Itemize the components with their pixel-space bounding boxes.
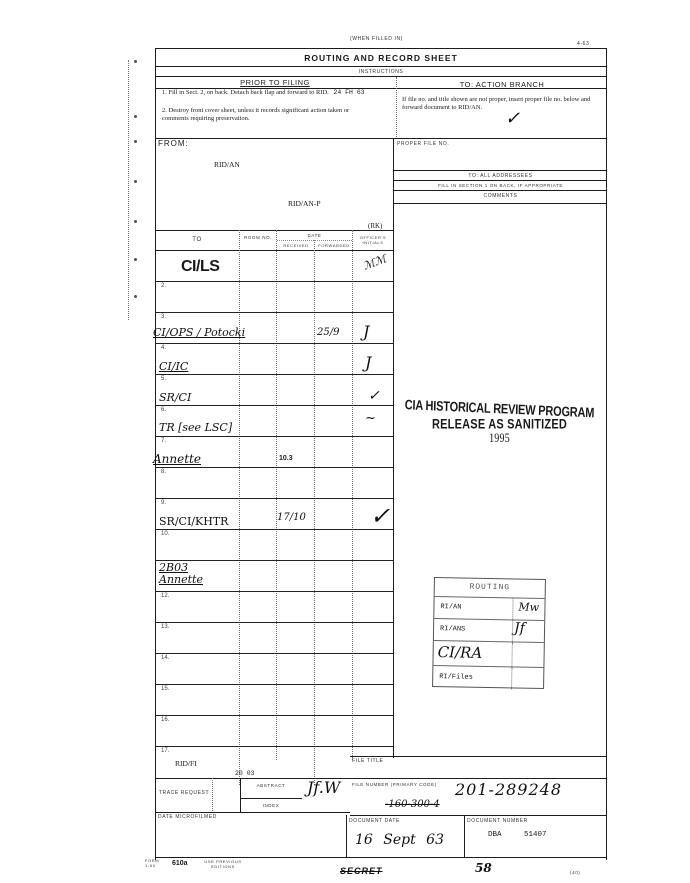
use-previous-editions: USE PREVIOUS EDITIONS [200, 859, 246, 869]
prior-to-filing-label: PRIOR TO FILING [155, 78, 395, 87]
comments-label: COMMENTS [394, 193, 607, 199]
routing-stamp-row: CI/RA [433, 641, 543, 668]
table-row[interactable]: 4. CI/IC J [155, 343, 394, 375]
row-initials: J [365, 353, 371, 372]
divider [394, 170, 607, 171]
table-row[interactable]: 8. [155, 467, 394, 499]
stamp-col [512, 620, 513, 641]
divider [155, 76, 607, 77]
row-initials: ✓ [368, 388, 380, 404]
row-number: 7. [161, 438, 166, 444]
row-number: 16. [161, 717, 169, 723]
row-room: 20 03 [235, 770, 255, 777]
col-date-header: DATE [277, 233, 352, 238]
routing-stamp-label: CI/RA [438, 643, 483, 662]
row-number: 4. [161, 345, 166, 351]
margin-dotted-line [128, 60, 129, 320]
table-row[interactable]: 2. [155, 281, 394, 313]
row-to: CI/LS [181, 258, 219, 276]
table-row[interactable]: 9. SR/CI/KHTR 17/10 ✓ [155, 498, 394, 530]
index-label[interactable]: INDEX [242, 803, 300, 808]
row-initials-scribble: ℳℳ [361, 252, 388, 272]
row-number: 2. [161, 283, 166, 289]
to-all-addressees: TO: ALL ADDRESSEES [394, 173, 607, 179]
stamp-col [511, 642, 512, 666]
routing-stamp-label: RI/Files [439, 673, 473, 682]
form-top-border [155, 48, 607, 49]
row-number: 3. [161, 314, 166, 320]
row-to: 2B03 Annette [159, 562, 219, 586]
table-top [155, 230, 394, 231]
row-initials: ✓ [370, 502, 390, 530]
row-number: 6. [161, 407, 166, 413]
table-row[interactable]: 12. [155, 591, 394, 623]
row-initials: ~ [365, 411, 376, 426]
instruction-item-2: 2. Destroy front cover sheet, unless it … [162, 107, 372, 123]
col-room-header: ROOM NO. [240, 235, 276, 240]
action-branch-label: TO: ACTION BRANCH [397, 80, 607, 89]
row-to: TR [see LSC] [159, 421, 232, 434]
divider [155, 66, 607, 67]
release-stamp-line-3: 1995 [392, 432, 607, 447]
col-forwarded-header: FORWARDED [315, 243, 353, 248]
routing-stamp-initials: Jf [514, 620, 525, 636]
form-bottom [155, 857, 607, 858]
row-number: 12. [161, 593, 169, 599]
stamp-col [512, 598, 513, 619]
table-row[interactable]: 2B03 Annette [155, 560, 394, 592]
row-number: 13. [161, 624, 169, 630]
row-received: 10.3 [279, 455, 293, 462]
divider [155, 138, 607, 139]
divider [240, 798, 302, 799]
row-number: 5. [161, 376, 166, 382]
table-row[interactable]: 13. [155, 622, 394, 654]
receipt-stamp: 24 FH 63 [333, 89, 364, 96]
row-to: SR/CI [159, 391, 191, 404]
table-row[interactable]: 10. [155, 529, 394, 561]
form-title: ROUTING AND RECORD SHEET [155, 53, 607, 63]
abstract-border [240, 778, 241, 812]
row-number: 10. [161, 531, 169, 537]
classification-marking: SECRET [340, 866, 383, 876]
row-number: 14. [161, 655, 169, 661]
doc-date-border [346, 815, 347, 857]
divider [155, 812, 350, 813]
routing-stamp: ROUTING RI/AN Mw RI/ANS Jf CI/RA RI/File… [432, 577, 546, 689]
routing-stamp-title: ROUTING [435, 578, 545, 599]
release-stamp: CIA HISTORICAL REVIEW PROGRAM RELEASE AS… [392, 402, 607, 447]
row-to: CI/OPS / Potocki [153, 326, 245, 339]
divider [394, 180, 607, 181]
from-label: FROM: [158, 139, 189, 148]
col-initials-header: OFFICER'S INITIALS [353, 235, 393, 245]
table-row[interactable]: CI/LS ℳℳ [155, 250, 394, 282]
row-number: 8. [161, 469, 166, 475]
proper-file-no-label: PROPER FILE NO. [397, 141, 449, 147]
trace-request-label: TRACE REQUEST [158, 790, 210, 796]
action-branch-text: If file no. and title shown are not prop… [402, 96, 597, 112]
trace-col [212, 778, 213, 811]
when-filled-in: (WHEN FILLED IN) [350, 36, 403, 42]
corner-number: (40) [570, 870, 580, 875]
abstract-index-initials: Jf.W [307, 778, 340, 797]
fill-in-section: FILL IN SECTION 1 ON BACK, IF APPROPRIAT… [394, 183, 607, 188]
file-title-label: FILE TITLE [352, 758, 383, 764]
divider [350, 756, 607, 757]
table-row[interactable]: 3. CI/OPS / Potocki 25/9 J [155, 312, 394, 344]
row-to: RID/FI [175, 759, 197, 768]
row-to: CI/IC [159, 360, 188, 373]
date-microfilmed-label: DATE MICROFILMED [158, 814, 217, 820]
row-number: 15. [161, 686, 169, 692]
divider [350, 815, 607, 816]
file-number-label: FILE NUMBER (PRIMARY CODE) [352, 782, 437, 787]
row-to: SR/CI/KHTR [159, 515, 228, 528]
check-mark: ✓ [505, 108, 520, 129]
table-row[interactable]: 7. Annette 10.3 [155, 436, 394, 468]
routing-stamp-initials: Mw [518, 601, 539, 614]
document-date-label: DOCUMENT DATE [349, 818, 400, 824]
divider [394, 203, 607, 204]
row-forwarded: 25/9 [317, 327, 339, 338]
file-number-struck: -160-300-4 [385, 799, 440, 810]
col-to-header: TO [155, 237, 239, 243]
document-date-value: 16 Sept 63 [355, 832, 444, 848]
trace-request-text: TRACE REQUEST [159, 790, 209, 796]
routing-stamp-label: RI/AN [440, 603, 461, 611]
instruction-item-1: 1. Fill in Sect. 2, on back. Detach back… [162, 89, 392, 97]
file-number-value: 201-289248 [455, 780, 562, 799]
routing-stamp-row: RI/ANS Jf [434, 619, 544, 643]
routing-stamp-label: RI/ANS [440, 625, 465, 633]
divider [155, 778, 607, 779]
instructions-label: INSTRUCTIONS [155, 69, 607, 75]
table-row[interactable]: 5. SR/CI ✓ [155, 374, 394, 406]
col-received-header: RECEIVED [277, 243, 315, 248]
doc-number-border [464, 815, 465, 857]
row-received: 17/10 [277, 512, 306, 523]
abstract-label[interactable]: ABSTRACT [242, 783, 300, 788]
row-number: 17. [161, 748, 169, 754]
from-code: (RK) [368, 222, 382, 230]
corner-mark: 4-63 [577, 41, 589, 47]
instruction-1-text: 1. Fill in Sect. 2, on back. Detach back… [162, 89, 329, 96]
row-number: 9. [161, 500, 166, 506]
routing-stamp-row: RI/AN Mw [434, 597, 544, 621]
document-number-value: DBA 51407 [488, 831, 547, 839]
form-label: FORM 1-63 [145, 858, 161, 868]
from-value-1: RID/AN [214, 160, 240, 169]
table-row[interactable]: 15. [155, 684, 394, 716]
form-number: 610a [172, 860, 188, 867]
row-initials: J [363, 322, 369, 341]
routing-stamp-row: RI/Files [433, 666, 543, 690]
row-to: Annette [153, 452, 201, 466]
margin-marks [130, 40, 150, 320]
table-row[interactable]: 16. [155, 715, 394, 747]
divider [394, 190, 607, 191]
document-number-label: DOCUMENT NUMBER [467, 818, 528, 824]
instructions-divider [396, 77, 397, 139]
page-mark: 58 [475, 861, 492, 875]
table-row[interactable]: 6. TR [see LSC] ~ [155, 405, 394, 437]
table-row[interactable]: 14. [155, 653, 394, 685]
stamp-col [511, 667, 512, 689]
from-value-2: RID/AN-P [288, 199, 321, 208]
